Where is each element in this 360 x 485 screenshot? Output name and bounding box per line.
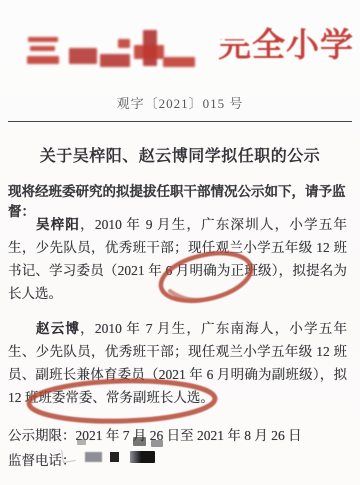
ink-smudge (133, 437, 146, 446)
phone-redaction-block (110, 452, 119, 462)
doc-number: 观字〔2021〕015 号 (0, 93, 360, 112)
notice-title: 关于吴梓阳、赵云博同学拟任职的公示 (0, 143, 360, 166)
para1-line3: 书记、学习委员（2021 年 6 月明确为正班级），拟提名为 12 班班 (8, 259, 347, 282)
ink-smudge (151, 440, 163, 447)
paragraph-person1: 吴梓阳，2010 年 9 月生，广东深圳人，小学五年级，三好学 生，少先队员，优… (8, 213, 347, 305)
para2-line4: 12 班班委常委、常务副班长人选。 (8, 386, 347, 409)
para1-line4: 长人选。 (8, 282, 347, 305)
paragraph-person2: 赵云博，2010 年 7 月生，广东南海人，小学五年级，三好学 生、少先队员，优… (8, 317, 347, 409)
school-name: 完全小学 (218, 22, 354, 70)
para1-line2: 生，少先队员，优秀班干部；现任观兰小学五年级 12 班班委副 (8, 236, 347, 259)
redaction-block (28, 37, 58, 42)
person2-name: 赵云博 (36, 321, 80, 336)
para2-line2: 生、少先队员，优秀班干部；现任观兰小学五年级 12 班班委委 (8, 340, 347, 363)
ink-smudge (77, 439, 86, 445)
school-name-partial-char: 完 (218, 22, 252, 70)
redaction-block (30, 46, 55, 51)
letterhead: 完全小学 (0, 18, 360, 78)
para1-line1: 吴梓阳，2010 年 9 月生，广东深圳人，小学五年级，三好学 (8, 213, 347, 236)
redaction-block (27, 56, 59, 64)
letterhead-divider (8, 121, 352, 122)
notice-document-photo: 完全小学 观字〔2021〕015 号 关于吴梓阳、赵云博同学拟任职的公示 现将经… (0, 0, 360, 485)
redaction-block (163, 57, 195, 67)
redaction-block (134, 45, 164, 59)
para2-line3: 员、副班长兼体育委员（2021 年 6 月明确为副班级），拟提名为 (8, 363, 347, 386)
redaction-block (118, 39, 130, 48)
redaction-block (69, 48, 97, 64)
phone-redaction-block (85, 452, 102, 462)
person1-name: 吴梓阳 (36, 217, 80, 232)
pen-mark (61, 448, 76, 463)
para2-line1: 赵云博，2010 年 7 月生，广东南海人，小学五年级，三好学 (8, 317, 347, 340)
redaction-block (100, 54, 130, 67)
school-name-rest: 全小学 (252, 28, 354, 64)
phone-redaction-block (130, 451, 155, 463)
